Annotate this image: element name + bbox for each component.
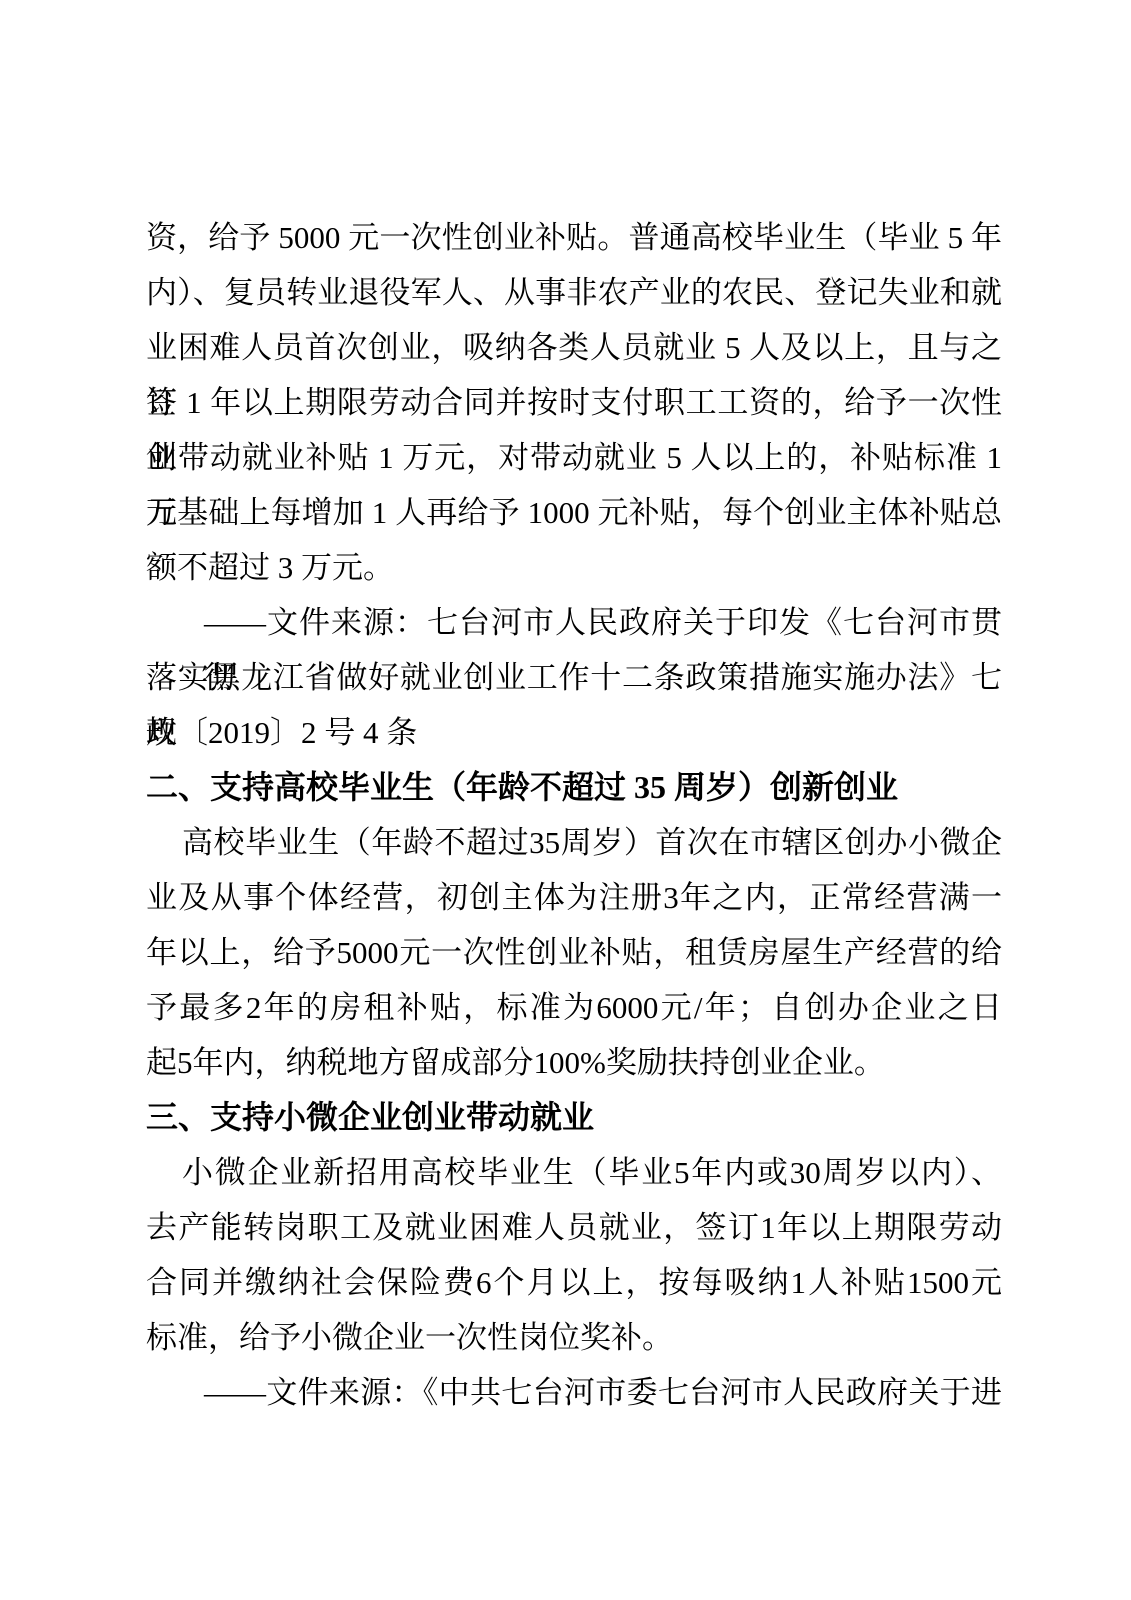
source-note-line: 落实黑龙江省做好就业创业工作十二条政策措施实施办法》七政 [146,650,1002,705]
text-line: 合同并缴纳社会保险费6个月以上，按每吸纳1人补贴1500元 [146,1255,1002,1310]
document-page: 资，给予 5000 元一次性创业补贴。普通高校毕业生（毕业 5 年内）、复员转业… [0,0,1131,1600]
text-line: 额不超过 3 万元。 [146,540,1002,595]
source-note-line: 规〔2019〕2 号 4 条 [146,705,1002,760]
text-line: 内）、复员转业退役军人、从事非农产业的农民、登记失业和就 [146,265,1002,320]
section-heading: 三、支持小微企业创业带动就业 [146,1090,1002,1145]
text-line: 高校毕业生（年龄不超过35周岁）首次在市辖区创办小微企 [146,815,1002,870]
text-line: 小微企业新招用高校毕业生（毕业5年内或30周岁以内）、 [146,1145,1002,1200]
text-line: 标准，给予小微企业一次性岗位奖补。 [146,1310,1002,1365]
text-line: 予最多2年的房租补贴，标准为6000元/年；自创办企业之日 [146,980,1002,1035]
text-line: 业困难人员首次创业，吸纳各类人员就业 5 人及以上，且与之签 [146,320,1002,375]
section-heading: 二、支持高校毕业生（年龄不超过 35 周岁）创新创业 [146,760,1002,815]
text-line: 订 1 年以上期限劳动合同并按时支付职工工资的，给予一次性创 [146,375,1002,430]
document-text: 资，给予 5000 元一次性创业补贴。普通高校毕业生（毕业 5 年内）、复员转业… [146,210,1002,1420]
source-note-line: ——文件来源：《中共七台河市委七台河市人民政府关于进 [146,1365,1002,1420]
text-line: 起5年内，纳税地方留成部分100%奖励扶持创业企业。 [146,1035,1002,1090]
text-line: 元基础上每增加 1 人再给予 1000 元补贴，每个创业主体补贴总 [146,485,1002,540]
text-line: 业带动就业补贴 1 万元，对带动就业 5 人以上的，补贴标准 1 万 [146,430,1002,485]
text-line: 业及从事个体经营，初创主体为注册3年之内，正常经营满一 [146,870,1002,925]
text-line: 资，给予 5000 元一次性创业补贴。普通高校毕业生（毕业 5 年 [146,210,1002,265]
text-line: 年以上，给予5000元一次性创业补贴，租赁房屋生产经营的给 [146,925,1002,980]
text-line: 去产能转岗职工及就业困难人员就业，签订1年以上期限劳动 [146,1200,1002,1255]
source-note-line: ——文件来源：七台河市人民政府关于印发《七台河市贯彻 [146,595,1002,650]
